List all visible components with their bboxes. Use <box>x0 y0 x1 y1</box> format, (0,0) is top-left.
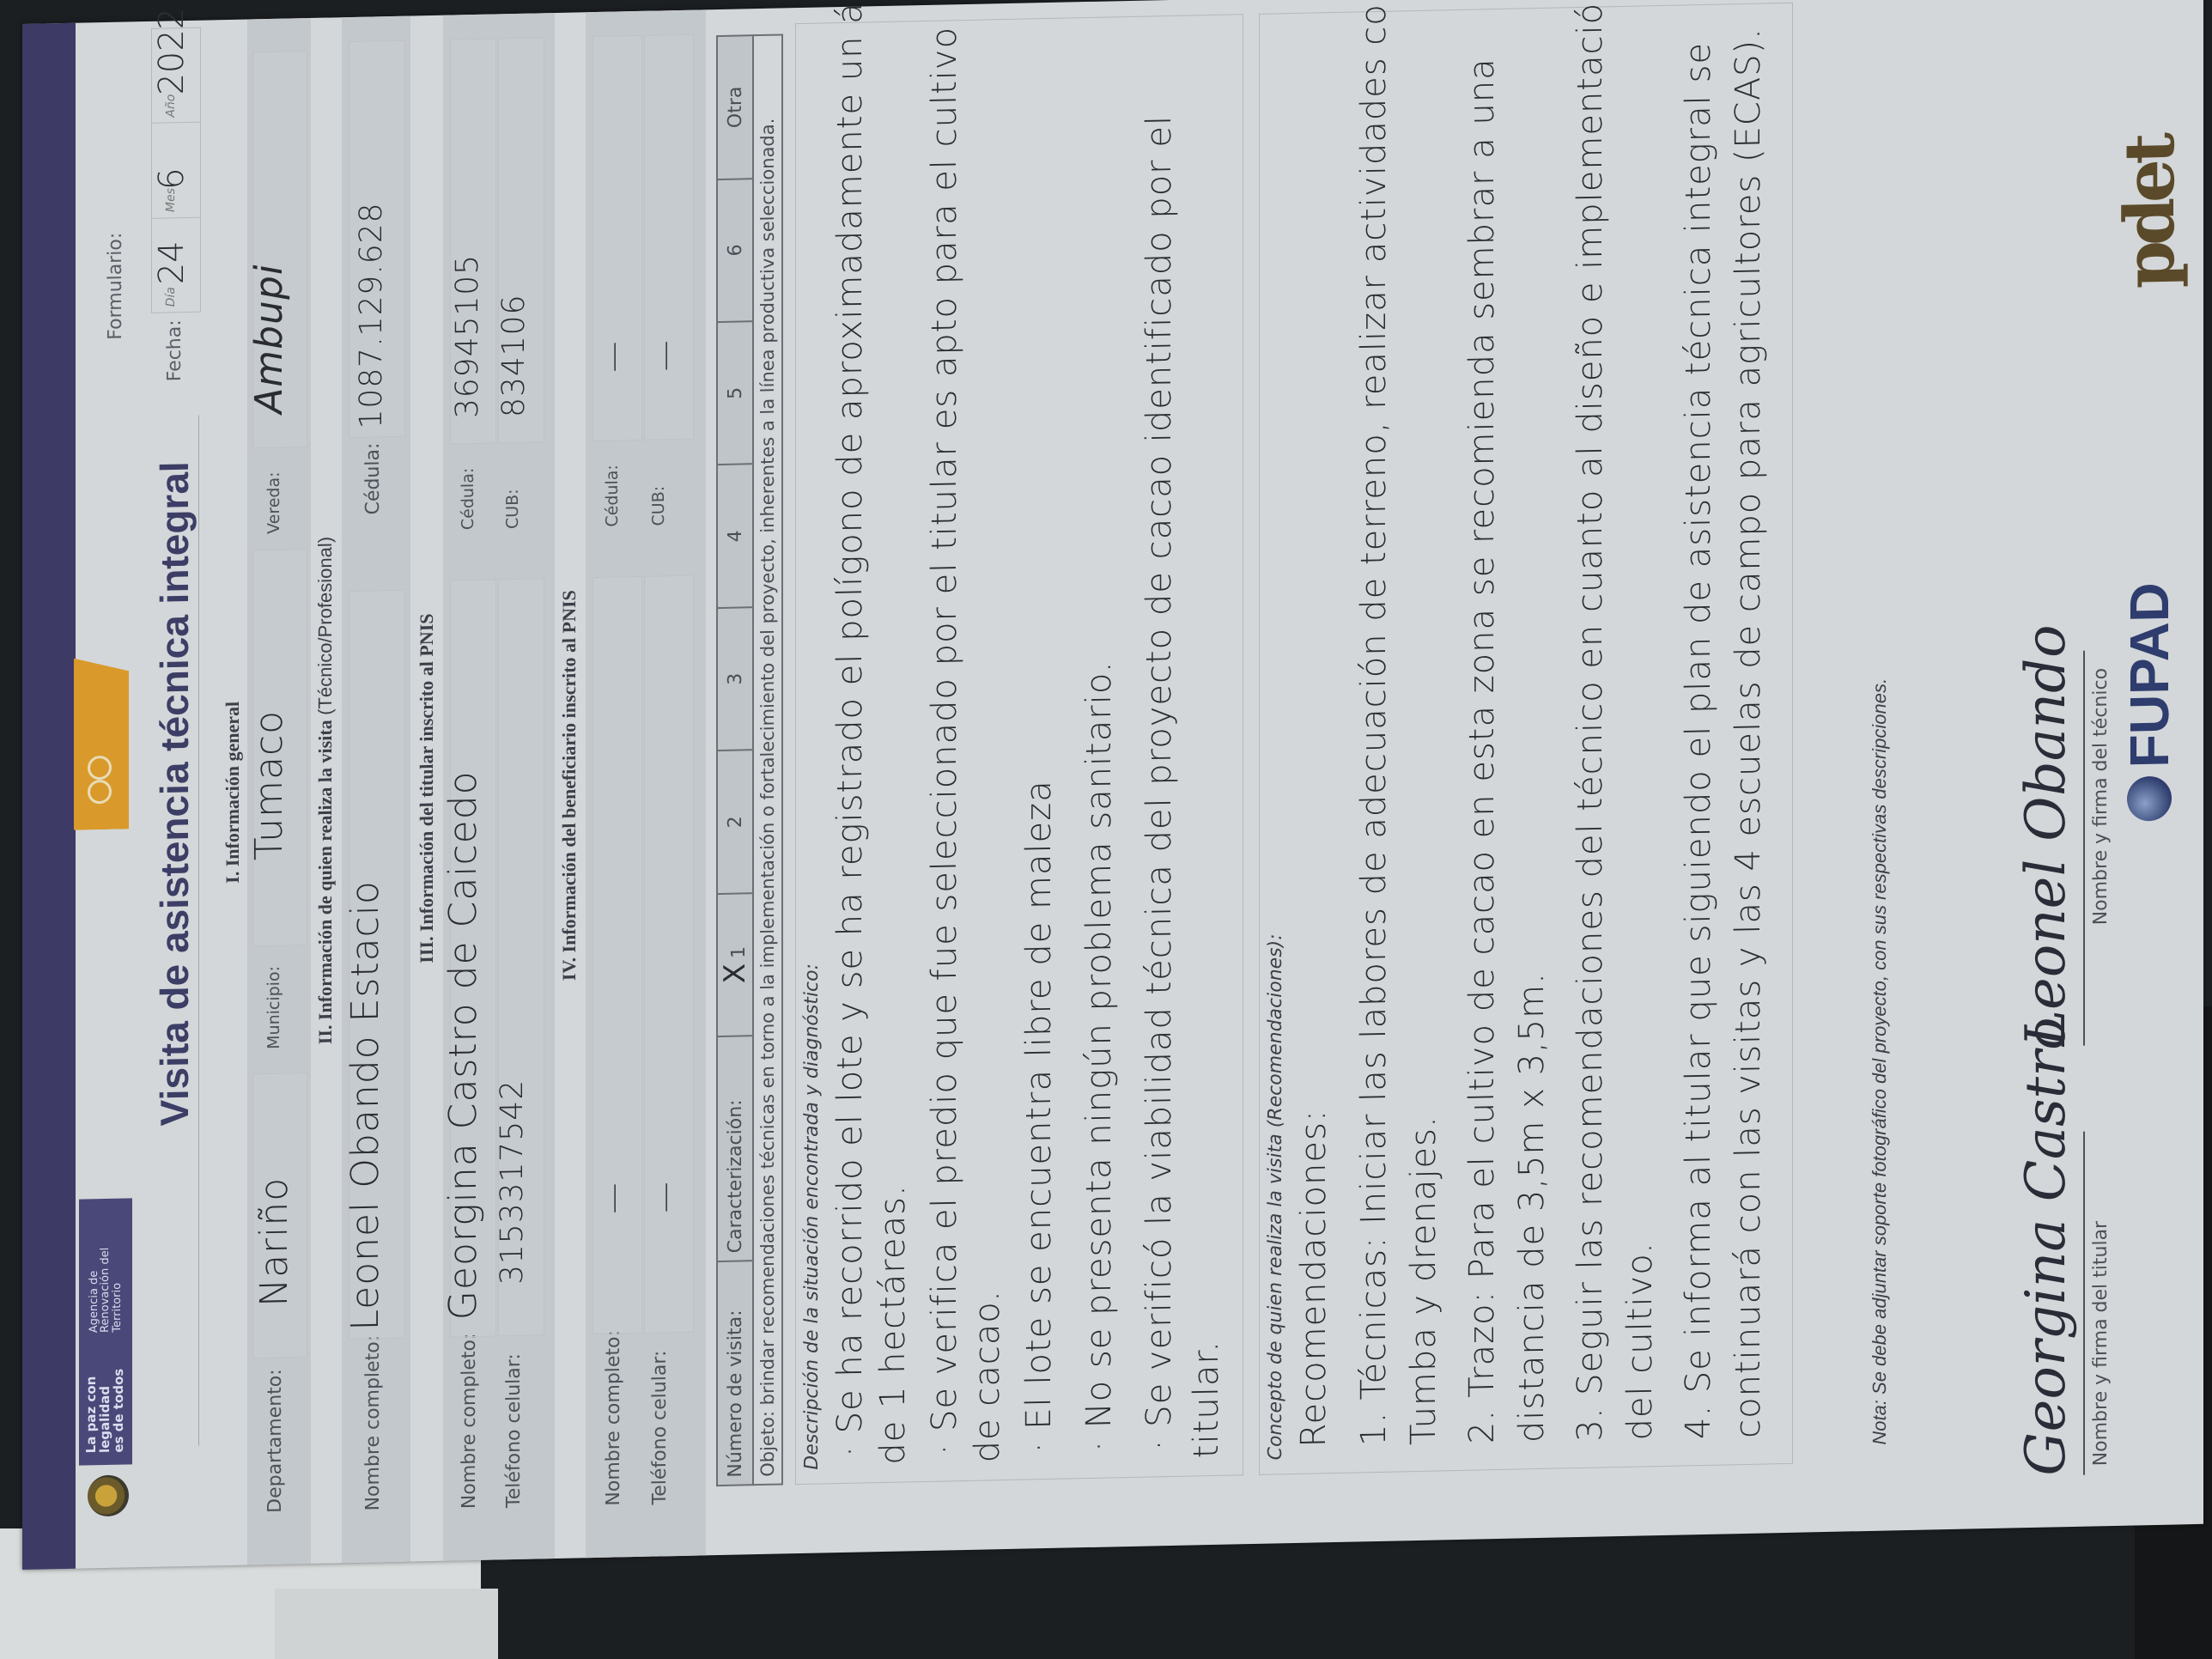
header-band <box>22 23 76 1570</box>
concepto-line: Recomendaciones: <box>1294 1109 1334 1448</box>
beneficiario-cedula-field[interactable] <box>592 35 642 441</box>
beneficiario-cub-field[interactable] <box>644 34 694 441</box>
government-logo: La paz con legalidad es de todos Agencia… <box>79 1198 132 1465</box>
option-otra[interactable]: Otra <box>717 35 753 179</box>
titular-cub-value: 834106 <box>496 294 532 417</box>
section-1-title: I. Información general <box>222 20 244 1566</box>
departamento-label: Departamento: <box>264 1369 286 1513</box>
tecnico-cedula-label: Cédula: <box>362 442 384 514</box>
option-4[interactable]: 4 <box>717 465 753 608</box>
titular-signature: Georgina Castro <box>2014 1017 2078 1477</box>
form-sheet: La paz con legalidad es de todos Agencia… <box>22 0 2203 1570</box>
titular-signature-caption: Nombre y firma del titular <box>2090 1221 2112 1467</box>
orange-logo-tab <box>74 657 129 829</box>
concepto-line: Tumba y drenajes. <box>1404 1115 1443 1445</box>
vereda-value: Ambupi <box>247 264 291 415</box>
option-3[interactable]: 3 <box>717 607 753 750</box>
globe-icon <box>2127 776 2172 822</box>
descripcion-line: de 1 hectáreas. <box>873 1184 913 1465</box>
beneficiario-cub-value: — <box>647 339 683 372</box>
municipio-value: Tumaco <box>247 709 291 860</box>
descripcion-title: Descripción de la situación encontrada y… <box>801 963 823 1470</box>
tecnico-signature: Leonel Obando <box>2014 624 2078 1048</box>
titular-signature-line <box>2083 1132 2085 1475</box>
tecnico-signature-line <box>2083 651 2085 1046</box>
fupad-logo: FUPAD <box>2118 582 2181 822</box>
pdet-logo: pdet <box>2109 137 2190 289</box>
divider <box>198 416 199 1446</box>
descripcion-line: · Se ha recorrido el lote y se ha regist… <box>830 0 870 1457</box>
titular-telefono-label: Teléfono celular: <box>503 1353 525 1508</box>
visit-table: Número de visita: Caracterización: X1 2 … <box>716 33 783 1486</box>
tecnico-signature-caption: Nombre y firma del técnico <box>2090 668 2112 926</box>
option-2[interactable]: 2 <box>717 750 753 894</box>
floor-tile <box>275 1589 498 1659</box>
titular-telefono-value: 3153317542 <box>495 1079 530 1285</box>
descripcion-line: · Se verificó la viabilidad técnica del … <box>1139 114 1179 1450</box>
numero-visita-label: Número de visita: <box>717 1261 753 1486</box>
beneficiario-cedula-label: Cédula: <box>603 465 622 527</box>
beneficiario-telefono-value: — <box>647 1147 683 1213</box>
beneficiario-nombre-value: — <box>596 1148 631 1214</box>
visit-table-row: Objeto: brindar recomendaciones técnicas… <box>753 34 782 1485</box>
tecnico-nombre-label: Nombre completo: <box>362 1335 384 1511</box>
beneficiario-nombre-field[interactable] <box>592 576 642 1334</box>
section-2-title: II. Información de quien realiza la visi… <box>314 17 337 1564</box>
tecnico-nombre-value: Leonel Obando Estacio <box>343 880 387 1331</box>
titular-cedula-label: Cédula: <box>459 468 477 531</box>
concepto-line: 4. Se informa al titular que siguiendo e… <box>1679 42 1718 1440</box>
concepto-line: distancia de 3,5m x 3,5m. <box>1512 972 1552 1443</box>
departamento-value: Nariño <box>252 1176 296 1307</box>
section-3-title: III. Información del titular inscrito al… <box>416 15 438 1562</box>
concepto-panel: Concepto de quien realiza la visita (Rec… <box>1259 3 1793 1475</box>
tecnico-cedula-value: 1087.129.628 <box>354 202 389 429</box>
visit-table-row: Número de visita: Caracterización: X1 2 … <box>717 35 753 1486</box>
beneficiario-nombre-label: Nombre completo: <box>603 1330 624 1506</box>
titular-nombre-label: Nombre completo: <box>459 1333 480 1509</box>
coat-of-arms-icon <box>88 1474 129 1516</box>
descripcion-line: · Se verifica el predio que fue seleccio… <box>925 26 964 1455</box>
option-6[interactable]: 6 <box>717 179 753 322</box>
logo-text-1: La paz con legalidad es de todos <box>85 1366 125 1453</box>
section-4-title: IV. Información del beneficiario inscrit… <box>558 12 580 1559</box>
municipio-label: Municipio: <box>264 966 283 1049</box>
titular-nombre-value: Georgina Castro de Caicedo <box>441 770 485 1321</box>
concepto-line: 2. Trazo: Para el cultivo de cacao en es… <box>1462 58 1502 1444</box>
concepto-title: Concepto de quien realiza la visita (Rec… <box>1265 933 1286 1461</box>
concepto-line: 1. Técnicas: Iniciar las labores de adec… <box>1354 0 1394 1447</box>
descripcion-line: de cacao. <box>968 1290 1007 1463</box>
concepto-line: 3. Seguir las recomendaciones del técnic… <box>1571 0 1610 1442</box>
beneficiario-cedula-value: — <box>596 340 631 373</box>
titular-cedula-value: 36945105 <box>450 253 485 418</box>
concepto-line: del cultivo. <box>1620 1242 1660 1441</box>
nota-text: Nota: Se debe adjuntar soporte fotográfi… <box>1869 678 1891 1445</box>
descripcion-panel: Descripción de la situación encontrada y… <box>795 14 1243 1485</box>
ring-icon <box>88 780 112 805</box>
vereda-label: Vereda: <box>264 471 283 534</box>
page-title: Visita de asistencia técnica integral <box>151 21 197 1567</box>
logo-text-2: Agencia de Renovación del Territorio <box>88 1238 124 1334</box>
option-5[interactable]: 5 <box>717 321 753 465</box>
descripcion-line: · El lote se encuentra libre de maleza <box>1019 780 1059 1454</box>
descripcion-line: titular. <box>1187 1340 1226 1459</box>
descripcion-line: · No se presenta ningún problema sanitar… <box>1079 660 1119 1452</box>
beneficiario-telefono-label: Teléfono celular: <box>649 1350 671 1504</box>
formulario-label: Formulario: <box>105 232 126 340</box>
caracterizacion-label: Caracterización: <box>717 1036 753 1261</box>
option-1[interactable]: X1 <box>717 893 753 1036</box>
selected-x-mark: X <box>718 963 752 984</box>
concepto-line: continuará con las visitas y las 4 escue… <box>1729 27 1768 1439</box>
objeto-text: Objeto: brindar recomendaciones técnicas… <box>753 34 782 1485</box>
beneficiario-cub-label: CUB: <box>649 486 668 526</box>
beneficiario-telefono-field[interactable] <box>644 575 694 1334</box>
titular-cub-label: CUB: <box>503 489 522 529</box>
ring-icon <box>88 756 112 781</box>
